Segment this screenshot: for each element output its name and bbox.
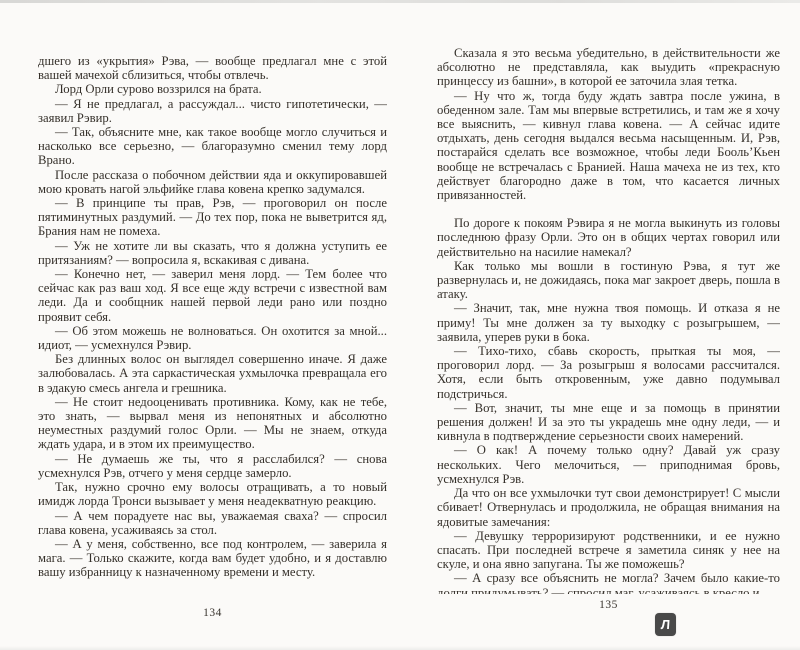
- logo-letter: Л: [660, 618, 670, 631]
- paragraph: — Вот, значит, ты мне еще и за помощь в …: [437, 401, 780, 444]
- paragraph: — Уж не хотите ли вы сказать, что я долж…: [38, 239, 387, 267]
- paragraph: — Не стоит недооценивать противника. Ком…: [38, 395, 387, 452]
- book-spread-photo: дшего из «укрытия» Рэва, — вообще предла…: [0, 0, 800, 650]
- paragraph: Как только мы вошли в гостиную Рэва, я т…: [437, 259, 780, 302]
- paragraph: — О как! А почему только одну? Давай уж …: [437, 443, 780, 486]
- paragraph: Так, нужно срочно ему волосы отращивать,…: [38, 480, 387, 508]
- paragraph: После рассказа о побочном действии яда и…: [38, 168, 387, 196]
- paragraph: Без длинных волос он выглядел совершенно…: [38, 352, 387, 395]
- photo-top-edge: [0, 0, 800, 3]
- paragraph: — А чем порадуете нас вы, уважаемая свах…: [38, 509, 387, 537]
- paragraph: — Не думаешь же ты, что я расслабился? —…: [38, 452, 387, 480]
- photo-bottom-edge: [0, 646, 800, 650]
- paragraph: — Тихо-тихо, сбавь скорость, прыткая ты …: [437, 344, 780, 401]
- paragraph: — Так, объясните мне, как такое вообще м…: [38, 125, 387, 168]
- paragraph: — А у меня, собственно, все под контроле…: [38, 537, 387, 580]
- paragraph: — Ну что ж, тогда буду ждать завтра посл…: [437, 89, 780, 203]
- paragraph: — Об этом можешь не волноваться. Он охот…: [38, 324, 387, 352]
- paragraph: Сказала я это весьма убедительно, в дейс…: [437, 46, 780, 89]
- right-page-text: Сказала я это весьма убедительно, в дейс…: [437, 46, 780, 594]
- paragraph: — Девушку терроризируют родственники, и …: [437, 529, 780, 572]
- letter-l-logo-badge: Л: [655, 613, 676, 636]
- page-number-left: 134: [38, 607, 387, 619]
- paragraph: Лорд Орли сурово воззрился на брата.: [38, 82, 387, 96]
- paragraph: — А сразу все объяснить не могла? Зачем …: [437, 571, 780, 594]
- page-number-right: 135: [437, 599, 780, 611]
- paragraph: дшего из «укрытия» Рэва, — вообще предла…: [38, 54, 387, 82]
- paragraph: По дороге к покоям Рэвира я не могла вык…: [437, 216, 780, 259]
- paragraph: — Значит, так, мне нужна твоя помощь. И …: [437, 301, 780, 344]
- paragraph: — Конечно нет, — заверил меня лорд. — Те…: [38, 267, 387, 324]
- left-page-text: дшего из «укрытия» Рэва, — вообще предла…: [38, 54, 387, 604]
- paragraph: Да что он все ухмылочки тут свои демонст…: [437, 486, 780, 529]
- paragraph: — В принципе ты прав, Рэв, — проговорил …: [38, 196, 387, 239]
- paragraph: — Я не предлагал, а рассуждал... чисто г…: [38, 97, 387, 125]
